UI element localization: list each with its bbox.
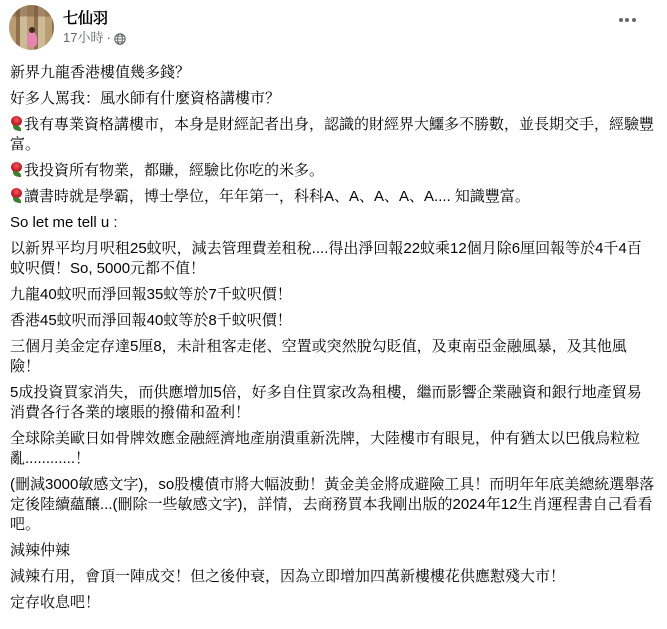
post-paragraph: 香港45蚊呎而淨回報40蚊等於8千蚊呎價！ (10, 311, 655, 331)
post-paragraph: 以新界平均月呎租25蚊呎，減去管理費差租稅....得出淨回報22蚊乘12個月除6… (10, 239, 655, 279)
timestamp[interactable]: 17小時 (63, 29, 103, 46)
post-paragraph: 我有專業資格講樓市，本身是財經記者出身，認識的財經界大鱷多不勝數，並長期交手，經… (10, 115, 655, 155)
avatar-figure (27, 32, 37, 47)
post-meta: 17小時 · (63, 29, 126, 46)
more-options-button[interactable] (613, 10, 641, 30)
post-paragraph: So let me tell u : (10, 213, 655, 233)
header-text: 七仙羽 17小時 · (63, 5, 126, 46)
post-paragraph: 讀書時就是學霸，博士學位，年年第一，科科A、A、A、A、A.... 知識豐富。 (10, 187, 655, 207)
post-paragraph: 三個月美金定存達5厘8，未計租客走佬、空置或突然脫勾貶值，及東南亞金融風暴，及其… (10, 337, 655, 377)
post-paragraph: 九龍40蚊呎而淨回報35蚊等於7千蚊呎價！ (10, 285, 655, 305)
rose-icon (10, 188, 23, 203)
post-paragraph: 減辣仲辣 (10, 541, 655, 561)
post-header: 七仙羽 17小時 · (0, 0, 667, 54)
facebook-post-card: 七仙羽 17小時 · 新界九龍香港樓值幾多錢？ (0, 0, 667, 629)
ellipsis-icon (619, 18, 623, 22)
meta-separator: · (106, 29, 110, 46)
post-paragraph: 定存收息吧！ (10, 593, 655, 613)
post-paragraph: 好多人罵我：風水師有什麼資格講樓市？ (10, 89, 655, 109)
post-paragraph: (刪減3000敏感文字)，so股樓債市將大幅波動！黃金美金將成避險工具！而明年年… (10, 475, 655, 535)
rose-icon (10, 116, 23, 131)
globe-icon (114, 32, 126, 44)
rose-icon (10, 162, 23, 177)
post-paragraph: 5成投資買家消失，而供應增加5倍，好多自住買家改為租樓，繼而影響企業融資和銀行地… (10, 383, 655, 423)
post-paragraph: 減辣冇用，會頂一陣成交！但之後仲衰，因為立即增加四萬新樓樓花供應懟殘大市！ (10, 567, 655, 587)
author-name[interactable]: 七仙羽 (63, 9, 126, 28)
post-body: 新界九龍香港樓值幾多錢？好多人罵我：風水師有什麼資格講樓市？我有專業資格講樓市，… (0, 54, 667, 629)
post-paragraph: 我投資所有物業，都賺，經驗比你吃的米多。 (10, 161, 655, 181)
author-avatar[interactable] (9, 5, 54, 50)
post-paragraph: 新界九龍香港樓值幾多錢？ (10, 63, 655, 83)
post-paragraph: 全球除美歐日如骨牌效應金融經濟地產崩潰重新洗牌，大陸樓市有眼見，仲有猶太以巴俄烏… (10, 429, 655, 469)
